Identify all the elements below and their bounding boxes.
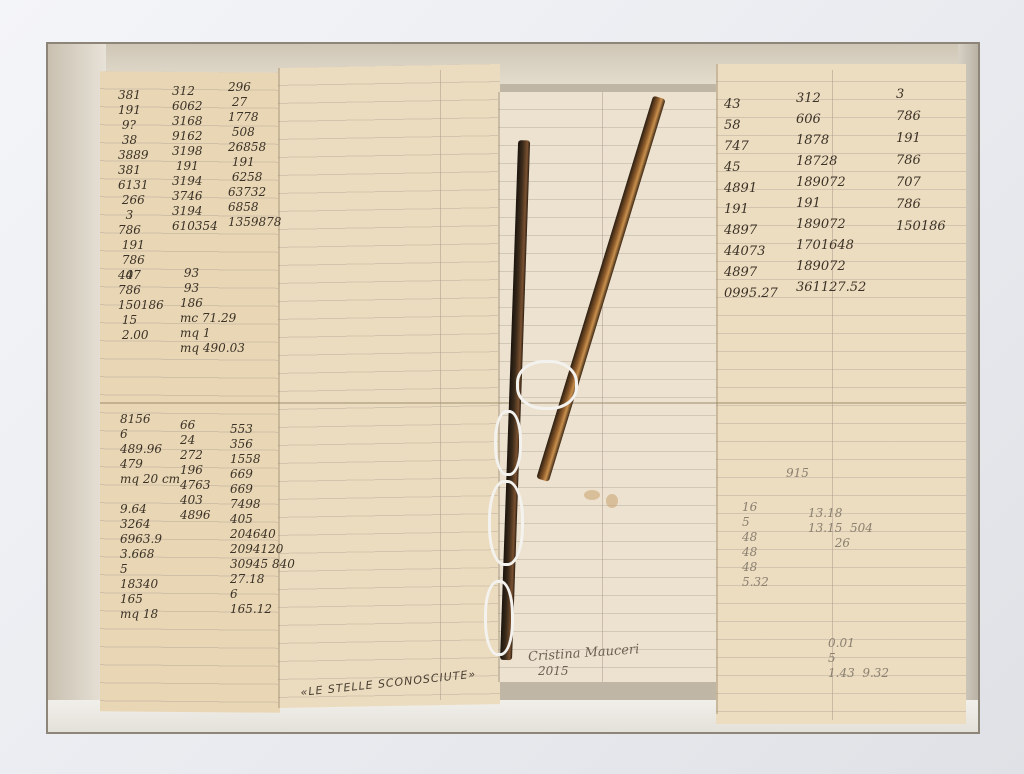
calc-column: 66 24 272 196 4763 403 4896: [180, 418, 211, 523]
ledger-page-left-blank: [278, 64, 500, 708]
box-left-wall: [48, 44, 106, 732]
vertical-fold: [716, 64, 718, 714]
calc-column: 43 58 747 45 4891 191 4897 44073 4897 09…: [724, 94, 778, 304]
calc-column: 553 356 1558 669 669 7498 405 204640 209…: [230, 422, 295, 617]
pencil-calc: 0.01 5 1.43 9.32: [828, 636, 889, 681]
white-yarn-loop: [516, 360, 578, 410]
artwork-year: 2015: [538, 664, 569, 678]
margin-line: [602, 92, 603, 682]
margin-line: [440, 70, 441, 700]
calc-column: 296 27 1778 508 26858 191 6258 63732 685…: [228, 80, 281, 230]
paper-stain: [606, 494, 618, 508]
pencil-calc: 16 5 48 48 48 5.32: [742, 500, 769, 590]
white-yarn-wrap: [494, 410, 522, 476]
calc-column: 3 786 191 786 707 786 150186: [896, 84, 946, 238]
calc-column: 93 93 186 mc 71.29 mq 1 mq 490.03: [180, 266, 245, 356]
calc-column: 312 606 1878 18728 189072 191 189072 170…: [796, 88, 866, 298]
pencil-calc: 13.18 13.15 504 26: [808, 506, 873, 551]
calc-column: 8156 6 489.96 479 mq 20 cm 9.64 3264 696…: [120, 412, 180, 622]
calc-column: 312 6062 3168 9162 3198 191 3194 3746 31…: [172, 84, 218, 234]
pencil-note: 915: [786, 466, 809, 481]
artwork-photo: 381 191 9? 38 3889 381 6131 266 3 786 19…: [0, 0, 1024, 774]
calc-column: 407 786 150186 15 2.00: [118, 268, 164, 343]
calc-column: 381 191 9? 38 3889 381 6131 266 3 786 19…: [118, 88, 149, 283]
paper-stain: [584, 490, 600, 500]
white-yarn-wrap: [488, 480, 524, 566]
white-yarn-wrap: [484, 580, 514, 656]
